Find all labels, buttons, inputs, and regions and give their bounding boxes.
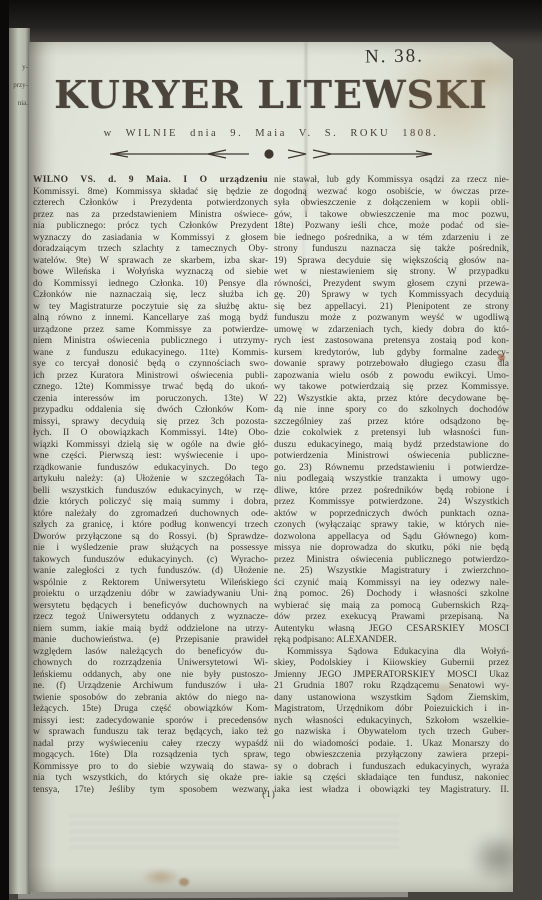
text-line: wne części. Pierwszą iest: wyświecenie i… bbox=[33, 451, 268, 463]
text-line: bowe Wileńska i Wołyńska wyznaczą od sie… bbox=[33, 267, 268, 279]
text-line: umowę w zdarzeniach tych, kiedy dobra do… bbox=[274, 325, 509, 337]
text-line: ści czynić maią Kommissyi na iey odezwy … bbox=[274, 578, 509, 590]
text-line: przy- bbox=[9, 76, 30, 94]
text-line: mogących. 16te) Dla rozsądzenia tych spr… bbox=[33, 750, 268, 762]
adjacent-page-gutter: y-przy-nia. bbox=[9, 28, 30, 894]
text-line: artykułu należy: (a) Ułożenie w szczegół… bbox=[33, 474, 268, 486]
text-line: dzie cokolwiek z pretensyi lub własności… bbox=[274, 428, 509, 440]
text-line: czenia interessów im poruczonych. 13te) … bbox=[33, 394, 268, 406]
text-line: skiey, Podolskiey i Kiiowskiey Gubernii … bbox=[274, 658, 509, 670]
text-line: urządzone przez same Kommissye za potwie… bbox=[33, 325, 268, 337]
text-line: kursem kredytorów, lub gdyby formalne za… bbox=[274, 348, 509, 360]
text-line: ręką podpisano: ALEXANDER. bbox=[274, 635, 509, 647]
text-line: leńskiemu oddanych, aby one nie były pus… bbox=[33, 670, 268, 682]
text-line: rządkowanie funduszów edukacyinych. Do t… bbox=[33, 463, 268, 475]
text-line: dowanie sprawy potrzebowało długiego cza… bbox=[274, 359, 509, 371]
text-line: dą nie inne spory co do szkolnych dochod… bbox=[274, 405, 509, 417]
text-line: Kommissyi. 8me) Kommissya składać się bę… bbox=[33, 187, 268, 199]
text-line: przez nas za przedstawieniem Ministra oś… bbox=[33, 210, 268, 222]
text-line: watelów. 9te) W sprawach ze skarbem, izb… bbox=[33, 256, 268, 268]
text-line: rych iest zastosowana pretensya zostaią … bbox=[274, 336, 509, 348]
text-line: missya nie doprowadza do skutku, póki ni… bbox=[274, 543, 509, 555]
text-line: missyi iest: zadecydowanie sporów i prec… bbox=[33, 716, 268, 728]
text-line: potwierdzenia Ministrowi oświecenia publ… bbox=[274, 451, 509, 463]
text-line: chownych do rozrządzenia Uniwersytetowi … bbox=[33, 658, 268, 670]
text-line: dliwe, które przez pośredników będą robi… bbox=[274, 486, 509, 498]
text-line: y- bbox=[9, 58, 30, 76]
text-line: Członków nie naznaczaią się, lecz służba… bbox=[33, 290, 268, 302]
text-line: funduszu może z pozwanym weyść w ugodliw… bbox=[274, 313, 509, 325]
text-line: Kommissye pro to do siebie wzywaią do st… bbox=[33, 762, 268, 774]
page-number: (1) bbox=[29, 789, 509, 799]
paper-crease bbox=[303, 212, 304, 432]
text-line: nia. bbox=[9, 94, 30, 112]
text-line: 18te) Pozwany ieśli chce, może podać od … bbox=[274, 221, 509, 233]
text-line: takowych funduszów edukacyinych. (c) Wyr… bbox=[33, 555, 268, 567]
text-line: dzie których policzyć się maią summy i d… bbox=[33, 497, 268, 509]
text-line: łych. II O obowiązkach Kommissyi. 14te) … bbox=[33, 428, 268, 440]
text-line: iakie są części składaiące ten fundusz, … bbox=[274, 773, 509, 785]
text-line: wybierać się maią za pomocą Gubernskich … bbox=[274, 601, 509, 613]
text-line: manie duchowieństwa. (e) Przepisanie pra… bbox=[33, 635, 268, 647]
text-line: które należały do zgromadzeń duchownych … bbox=[33, 509, 268, 521]
masthead-title: KURYER LITEWSKI bbox=[29, 72, 513, 117]
text-line: czonych (wyłączaiąc sprawy takie, w któr… bbox=[274, 520, 509, 532]
text-line: wane z funduszu edukacyinego. 11te) Komm… bbox=[33, 348, 268, 360]
text-line: nii do wiadomości podaie. 1. Ukaz Monars… bbox=[274, 739, 509, 751]
text-line: aktów w poprzedniczych dwóch punktach oz… bbox=[274, 509, 509, 521]
text-line: Kommissya Sądowa Edukacyina dla Wołyń- bbox=[274, 647, 509, 659]
article-body: WILNO VS. d. 9 Maia. I O urządzeniuKommi… bbox=[33, 175, 509, 796]
text-line: wy takowe potwierdzaią się przez Kommiss… bbox=[274, 382, 509, 394]
text-line: wspólnie z Rektorem Uniwersytetu Wileńsk… bbox=[33, 578, 268, 590]
text-line: WILNO VS. d. 9 Maia. I O urządzeniu bbox=[33, 175, 268, 187]
text-line: nadal przy wyświeceniu całey rzeczy wypa… bbox=[33, 739, 268, 751]
text-line: niu podlegaią wszystkie tranzakta i umow… bbox=[274, 474, 509, 486]
text-line: alną równo z innemi. Kancellarye zaś mog… bbox=[33, 313, 268, 325]
text-line: niem summ, iakie maią bydź oddzielone na… bbox=[33, 624, 268, 636]
scan-background-left bbox=[0, 0, 9, 900]
text-line: sy o dobrach i funduszach edukacyinych, … bbox=[274, 762, 509, 774]
paper-crease bbox=[305, 42, 307, 212]
text-line: dozwolona appellacya od Sądu Głównego) k… bbox=[274, 532, 509, 544]
ink-show-through bbox=[69, 814, 399, 848]
text-line: względem lasów należących do beneficyów … bbox=[33, 647, 268, 659]
text-line: rzecz tegoż Uniwersytetu oddanych z wyzn… bbox=[33, 612, 268, 624]
paper-stain bbox=[141, 868, 181, 886]
text-line: sye co tercyał donosić będą o czynnościa… bbox=[33, 359, 268, 371]
text-line: nia publicznego: prócz tych Członków Pre… bbox=[33, 221, 268, 233]
text-line: przez Ministra oświecenia publicznego po… bbox=[274, 555, 509, 567]
text-line: go. 23) Równemu przedstawieniu i potwier… bbox=[274, 463, 509, 475]
text-line: Magistratom, Urzędnikom dóbr Poiezuickic… bbox=[274, 704, 509, 716]
text-line: szczególniey zaś przez które odsądzono b… bbox=[274, 417, 509, 429]
text-line: ich przez Kuratora Ministrowi oświecenia… bbox=[33, 371, 268, 383]
text-line: doradzaiącym trzech szlachty z tamecznyc… bbox=[33, 244, 268, 256]
text-line: dany ustanowiona wszystkim Sądom Ziemski… bbox=[274, 693, 509, 705]
text-line: szłych za granicę, i które podług konwen… bbox=[33, 520, 268, 532]
text-line: w tey Magistraturze poczytuie się za słu… bbox=[33, 302, 268, 314]
masthead-dateline: w WILNIE dnia 9. Maia V. S. ROKU 1808. bbox=[29, 128, 513, 139]
paper-stain bbox=[179, 878, 189, 886]
scan-background-top bbox=[0, 0, 542, 44]
text-line: proiektu o urządzeniu dóbr w zawiadywani… bbox=[33, 589, 268, 601]
text-line: syła obwieszczenie z dołączeniem w kopii… bbox=[274, 198, 509, 210]
text-line: nie i wyśledzenie praw służących na poss… bbox=[33, 543, 268, 555]
text-line: czterech Członków i Prezydenta potwierdz… bbox=[33, 198, 268, 210]
text-line: wersytetu będących i beneficyów duchowny… bbox=[33, 601, 268, 613]
text-line: cznego. 12te) Kommissye trwać będą do uk… bbox=[33, 382, 268, 394]
text-line: ne. (f) Urządzenie Archiwum funduszów i … bbox=[33, 681, 268, 693]
text-line: Jmienny JEGO JMPERATORSKIEY MOSCI Ukaz bbox=[274, 670, 509, 682]
text-line: przypadku oddalenia się dwóch Członków K… bbox=[33, 405, 268, 417]
text-line: niem Ministra oświecenia publicznego i u… bbox=[33, 336, 268, 348]
paper-stain bbox=[469, 832, 527, 884]
text-line: bie iednego pośrednika, a w tém zdarzeni… bbox=[274, 233, 509, 245]
text-line: wyznaczy do zasiadania w Kommissyi z gło… bbox=[33, 233, 268, 245]
text-line: nia tych wszystkich, do których się okaż… bbox=[33, 773, 268, 785]
text-line: strony funduszu naznacza się także pośre… bbox=[274, 244, 509, 256]
text-line: duszu edukacyinego, maią bydź przedstawi… bbox=[274, 440, 509, 452]
scanned-newspaper-photo: y-przy-nia. N. 38. KURYER LITEWSKI w WIL… bbox=[0, 0, 542, 900]
text-line: nie stawał, lub gdy Kommissya osądzi za … bbox=[274, 175, 509, 187]
text-line: do Kommissyi iednego Członka. 10) Pensye… bbox=[33, 279, 268, 291]
text-line: twienie sposobów do zebrania aktów do ni… bbox=[33, 693, 268, 705]
text-line: nych własności edukacyinych, Szkołom wsz… bbox=[274, 716, 509, 728]
text-line: 19) Sprawa decyduie się większością głos… bbox=[274, 256, 509, 268]
text-line: dogodną wezwać kogo osobiście, w ówczas … bbox=[274, 187, 509, 199]
text-line: wiązki Kommissyi dzielą się w ogóle na d… bbox=[33, 440, 268, 452]
text-line: wanie zaległości z tych funduszów. (d) U… bbox=[33, 566, 268, 578]
text-line: missyi, sprawy decyduią się przez 3ch po… bbox=[33, 417, 268, 429]
issue-number: N. 38. bbox=[365, 45, 424, 68]
text-line: wet w niestawieniem się strony. W przypa… bbox=[274, 267, 509, 279]
text-line: tego obwieszczenia przyłączony zawiera p… bbox=[274, 750, 509, 762]
ornament-divider-icon bbox=[106, 146, 436, 162]
text-line: ne. 25) Wszystkie Magistratury i zwierzc… bbox=[274, 566, 509, 578]
text-line: leżących. 15te) Druga część obowiązków K… bbox=[33, 704, 268, 716]
text-line: 21 Grudnia 1807 roku Rządzącemu Senatowi… bbox=[274, 681, 509, 693]
newspaper-page: N. 38. KURYER LITEWSKI w WILNIE dnia 9. … bbox=[29, 42, 513, 892]
text-line: gę. 20) Sprawy w tych Kommissyach decydu… bbox=[274, 290, 509, 302]
text-line: Autentyku własną JEGO CESARSKIEY MOSCI bbox=[274, 624, 509, 636]
text-line: się bez appellacyi. 21) Plenipotent ze s… bbox=[274, 302, 509, 314]
text-line: 22) Wszystkie akta, przez które decydowa… bbox=[274, 394, 509, 406]
text-line: dów przez exekucyą Prawami przepisaną. N… bbox=[274, 612, 509, 624]
right-column: nie stawał, lub gdy Kommissya osądzi za … bbox=[274, 175, 509, 796]
text-line: gów, i takowe obwieszczenie ma moc pozwu… bbox=[274, 210, 509, 222]
text-line: żną pomoc. 26) Dochody i własności szkol… bbox=[274, 589, 509, 601]
text-line: belli wszystkich funduszów edukacyinych,… bbox=[33, 486, 268, 498]
text-line: przez Kommissye potwierdzone. 24) Wszyst… bbox=[274, 497, 509, 509]
text-line: równości, Prezydent swym głosem czyni pr… bbox=[274, 279, 509, 291]
text-line: go nazwiska i Obywatelom tych trzech Gub… bbox=[274, 727, 509, 739]
text-line: w sprawach funduszu tak teraz będących, … bbox=[33, 727, 268, 739]
text-line: Dworów przyłączone są do Rossyi. (b) Spr… bbox=[33, 532, 268, 544]
text-line: zapozwania wielu osób z powodu ewikcyi. … bbox=[274, 371, 509, 383]
left-column: WILNO VS. d. 9 Maia. I O urządzeniuKommi… bbox=[33, 175, 268, 796]
